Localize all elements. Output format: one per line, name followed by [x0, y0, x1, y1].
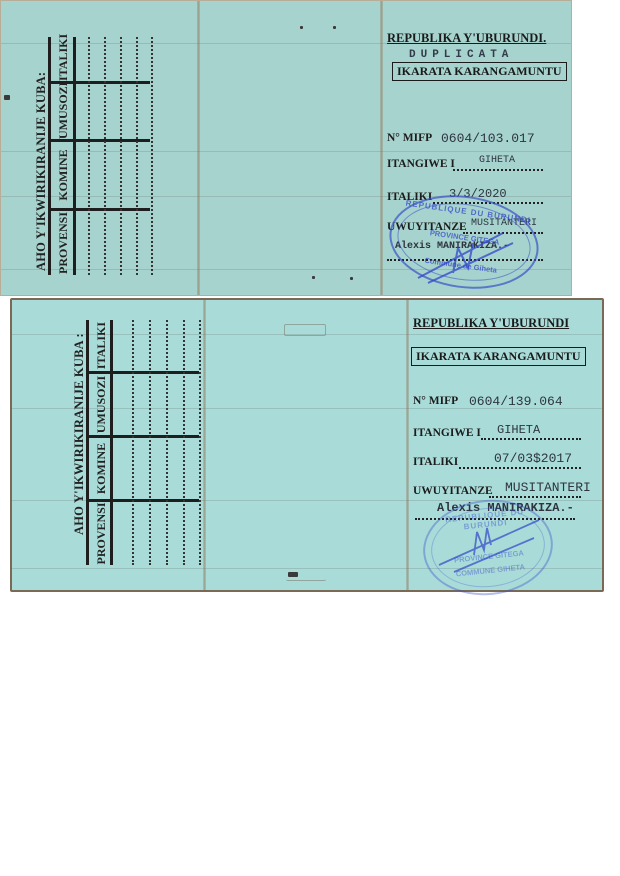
identity-panel: REPUBLIKA Y'UBURUNDI. DUPLICATA IKARATA … [383, 1, 573, 295]
column-umusozi: UMUSOZI [56, 84, 71, 139]
mifp-number-label: N° MIFP [387, 132, 432, 144]
mifp-number-value: 0604/139.064 [469, 394, 563, 409]
column-umusozi: UMUSOZI [94, 374, 109, 435]
column-italiki: ITALIKI [94, 320, 109, 371]
column-provensi: PROVENSI [94, 502, 109, 565]
staple-hole [350, 277, 353, 280]
entry-line [199, 320, 201, 565]
staple-hole [300, 26, 303, 29]
residence-title: AHO Y'IKWIRIKIRANIJE KUBA : [72, 333, 87, 535]
identity-panel: REPUBLIKA Y'UBURUNDI IKARATA KARANGAMUNT… [409, 300, 604, 590]
issuer-value: MUSITANTERI [505, 480, 591, 495]
ink-spot [288, 572, 298, 577]
id-card-original: AHO Y'IKWIRIKIRANIJE KUBA : PROVENSI KOM… [10, 298, 604, 592]
duplicate-mark: DUPLICATA [409, 49, 513, 61]
blank-panel [200, 1, 380, 295]
entry-line [88, 37, 90, 275]
issued-at-label: ITANGIWE I [413, 427, 481, 439]
mifp-number-label: N° MIFP [413, 395, 458, 407]
table-border [110, 320, 113, 565]
date-value: 07/03$2017 [494, 451, 572, 466]
issued-at-value: GIHETA [479, 155, 515, 166]
photo-slot-tab [284, 324, 326, 336]
issuer-label: UWUYITANZE [413, 485, 493, 497]
entry-line [136, 37, 138, 275]
ink-spot [4, 95, 10, 100]
card-title-box: IKARATA KARANGAMUNTU [411, 347, 586, 366]
republic-heading: REPUBLIKA Y'UBURUNDI. [387, 31, 546, 46]
entry-line [183, 320, 185, 565]
column-komine: KOMINE [56, 142, 71, 208]
residence-title: AHO Y'IKWIRIKIRANIJE KUBA: [34, 72, 49, 271]
issuer-field [489, 496, 581, 498]
residence-panel: AHO Y'IKWIRIKIRANIJE KUBA: PROVENSI KOMI… [1, 1, 197, 295]
issued-at-value: GIHETA [497, 423, 540, 437]
issued-at-field [481, 438, 581, 440]
table-border [86, 320, 89, 565]
blank-panel [206, 300, 406, 590]
residence-table: AHO Y'IKWIRIKIRANIJE KUBA: PROVENSI KOMI… [31, 31, 191, 281]
entry-line [120, 37, 122, 275]
date-label: ITALIKI [413, 456, 458, 468]
staple-hole [312, 276, 315, 279]
column-komine: KOMINE [94, 438, 109, 499]
mifp-number-value: 0604/103.017 [441, 131, 535, 146]
entry-line [151, 37, 153, 275]
entry-line [149, 320, 151, 565]
issued-at-label: ITANGIWE I [387, 158, 455, 170]
entry-line [132, 320, 134, 565]
id-card-duplicate: AHO Y'IKWIRIKIRANIJE KUBA: PROVENSI KOMI… [0, 0, 572, 296]
issued-at-field [453, 169, 543, 171]
republic-heading: REPUBLIKA Y'UBURUNDI [413, 316, 569, 331]
residence-panel: AHO Y'IKWIRIKIRANIJE KUBA : PROVENSI KOM… [12, 300, 202, 590]
staple-hole [333, 26, 336, 29]
column-italiki: ITALIKI [56, 37, 71, 81]
column-provensi: PROVENSI [56, 211, 71, 275]
table-border [73, 37, 76, 275]
date-field [459, 467, 581, 469]
entry-line [166, 320, 168, 565]
residence-table: AHO Y'IKWIRIKIRANIJE KUBA : PROVENSI KOM… [72, 310, 202, 565]
card-title-box: IKARATA KARANGAMUNTU [392, 62, 567, 81]
table-border [48, 37, 51, 275]
entry-line [104, 37, 106, 275]
